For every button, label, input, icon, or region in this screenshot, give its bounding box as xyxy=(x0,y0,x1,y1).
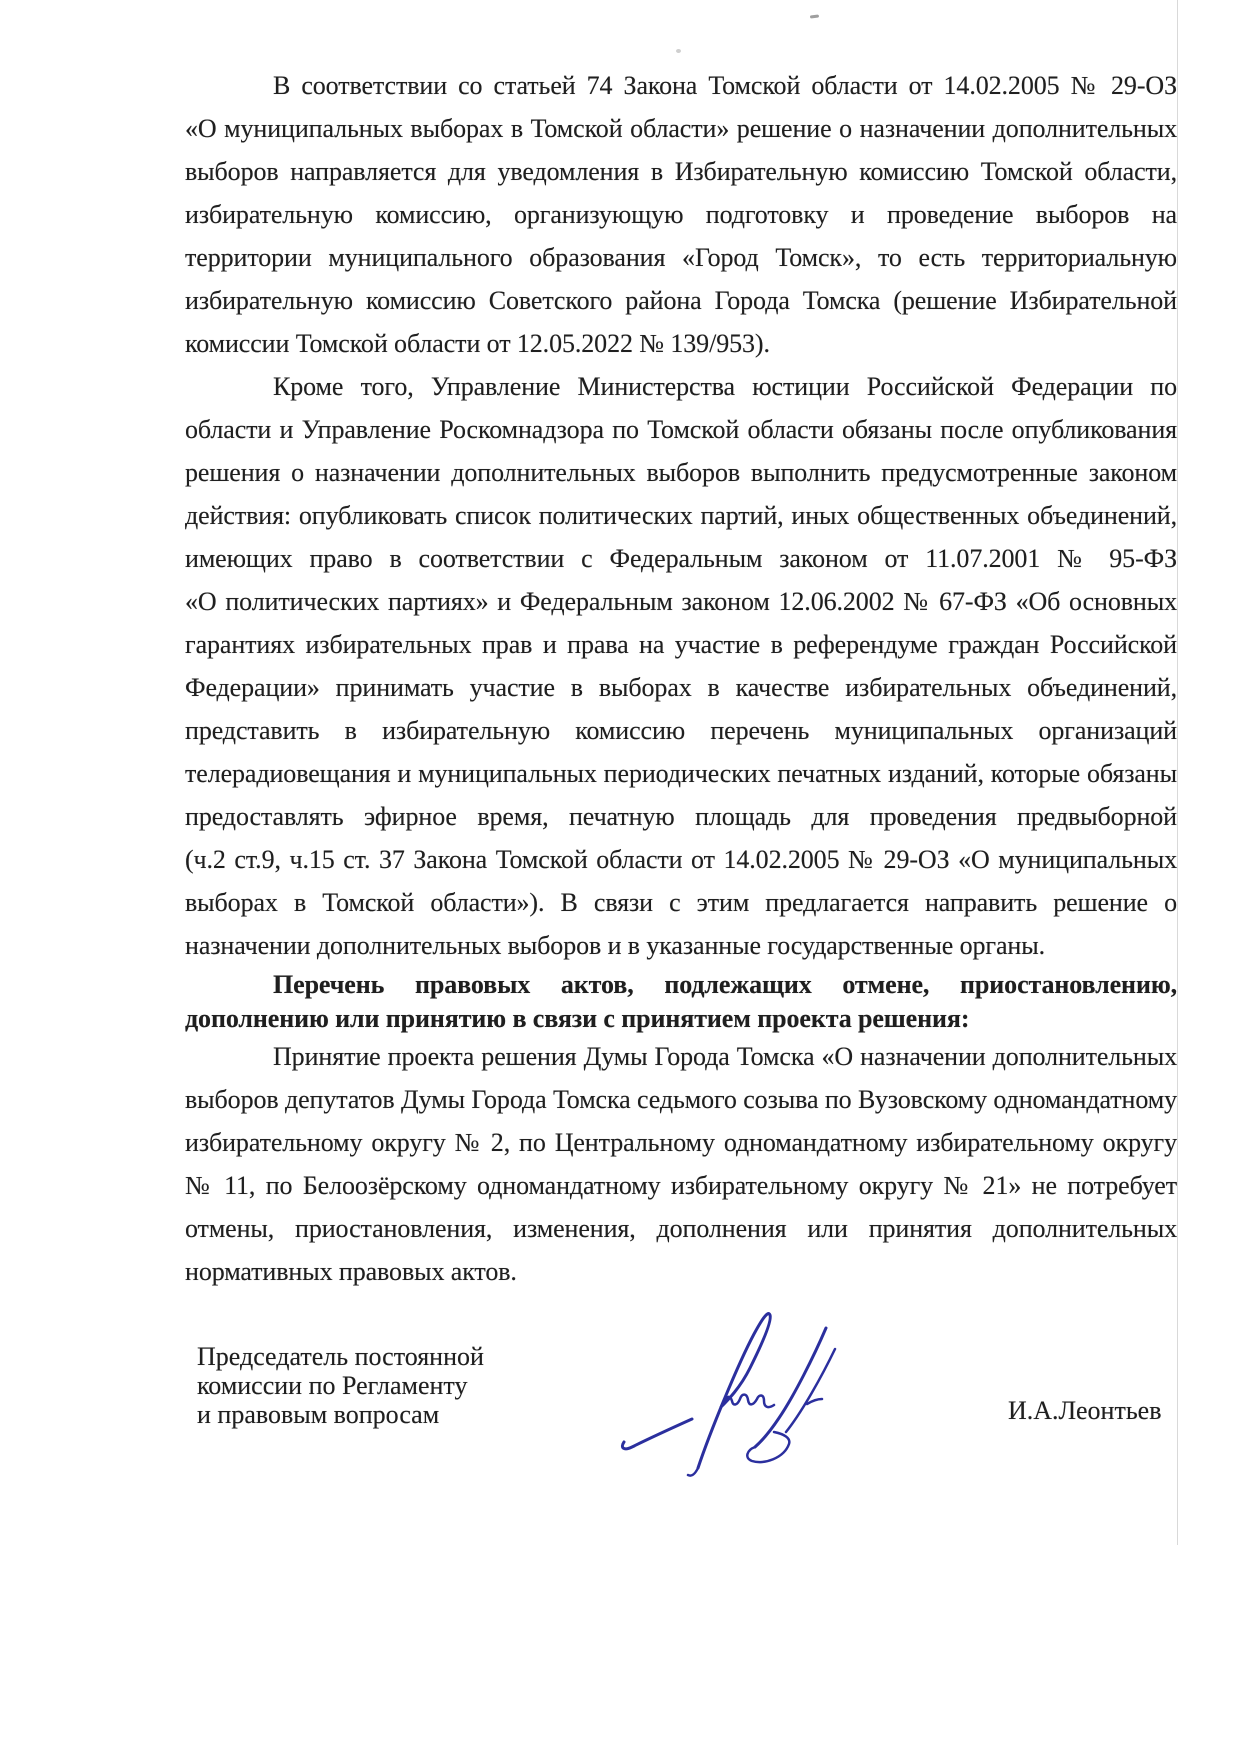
text-line: Федерации» принимать участие в выборах в… xyxy=(185,666,1177,709)
text-line: действия: опубликовать список политическ… xyxy=(185,494,1177,537)
text-line: решения о назначении дополнительных выбо… xyxy=(185,451,1177,494)
text-line: «О политических партиях» и Федеральным з… xyxy=(185,580,1177,623)
text-line: представить в избирательную комиссию пер… xyxy=(185,709,1177,752)
heading-line: дополнению или принятию в связи с принят… xyxy=(185,1003,1177,1035)
text-line: телерадиовещания и муниципальных периоди… xyxy=(185,752,1177,795)
signer-name: И.А.Леонтьев xyxy=(1008,1396,1162,1425)
text-line: нормативных правовых актов. xyxy=(185,1250,1177,1293)
body-text: В соответствии со статьей 74 Закона Томс… xyxy=(185,64,1177,1293)
text-line: области и Управление Роскомнадзора по То… xyxy=(185,408,1177,451)
text-line: избирательную комиссию, организующую под… xyxy=(185,193,1177,236)
text-line: (ч.2 ст.9, ч.15 ст. 37 Закона Томской об… xyxy=(185,838,1177,881)
text-line: комиссии Томской области от 12.05.2022 №… xyxy=(185,322,1177,365)
signature-role-line: комиссии по Регламенту xyxy=(197,1371,557,1400)
text-line: предоставлять эфирное время, печатную пл… xyxy=(185,795,1177,838)
text-line: В соответствии со статьей 74 Закона Томс… xyxy=(185,64,1177,107)
text-line: Принятие проекта решения Думы Города Том… xyxy=(185,1035,1177,1078)
text-line: территории муниципального образования «Г… xyxy=(185,236,1177,279)
signature-role-line: Председатель постоянной xyxy=(197,1342,557,1371)
text-line: имеющих право в соответствии с Федеральн… xyxy=(185,537,1177,580)
document-page: В соответствии со статьей 74 Закона Томс… xyxy=(0,0,1240,1753)
text-line: назначении дополнительных выборов и в ук… xyxy=(185,924,1177,967)
signature-role-line: и правовым вопросам xyxy=(197,1400,557,1429)
text-line: Кроме того, Управление Министерства юсти… xyxy=(185,365,1177,408)
text-line: избирательную комиссию Советского района… xyxy=(185,279,1177,322)
signature-role-block: Председатель постоянной комиссии по Регл… xyxy=(197,1342,557,1429)
text-line: «О муниципальных выборах в Томской облас… xyxy=(185,107,1177,150)
scan-speck xyxy=(810,14,819,18)
text-line: отмены, приостановления, изменения, допо… xyxy=(185,1207,1177,1250)
text-line: выборов направляется для уведомления в И… xyxy=(185,150,1177,193)
text-line: гарантиях избирательных прав и права на … xyxy=(185,623,1177,666)
text-line: № 11, по Белоозёрскому одномандатному из… xyxy=(185,1164,1177,1207)
text-line: выборах в Томской области»). В связи с э… xyxy=(185,881,1177,924)
scan-artifact-line xyxy=(1177,0,1178,1545)
text-line: выборов депутатов Думы Города Томска сед… xyxy=(185,1078,1177,1121)
heading-line: Перечень правовых актов, подлежащих отме… xyxy=(185,967,1177,1003)
scan-speck xyxy=(676,49,681,53)
text-line: избирательному округу № 2, по Центрально… xyxy=(185,1121,1177,1164)
signature-ink xyxy=(598,1292,843,1487)
